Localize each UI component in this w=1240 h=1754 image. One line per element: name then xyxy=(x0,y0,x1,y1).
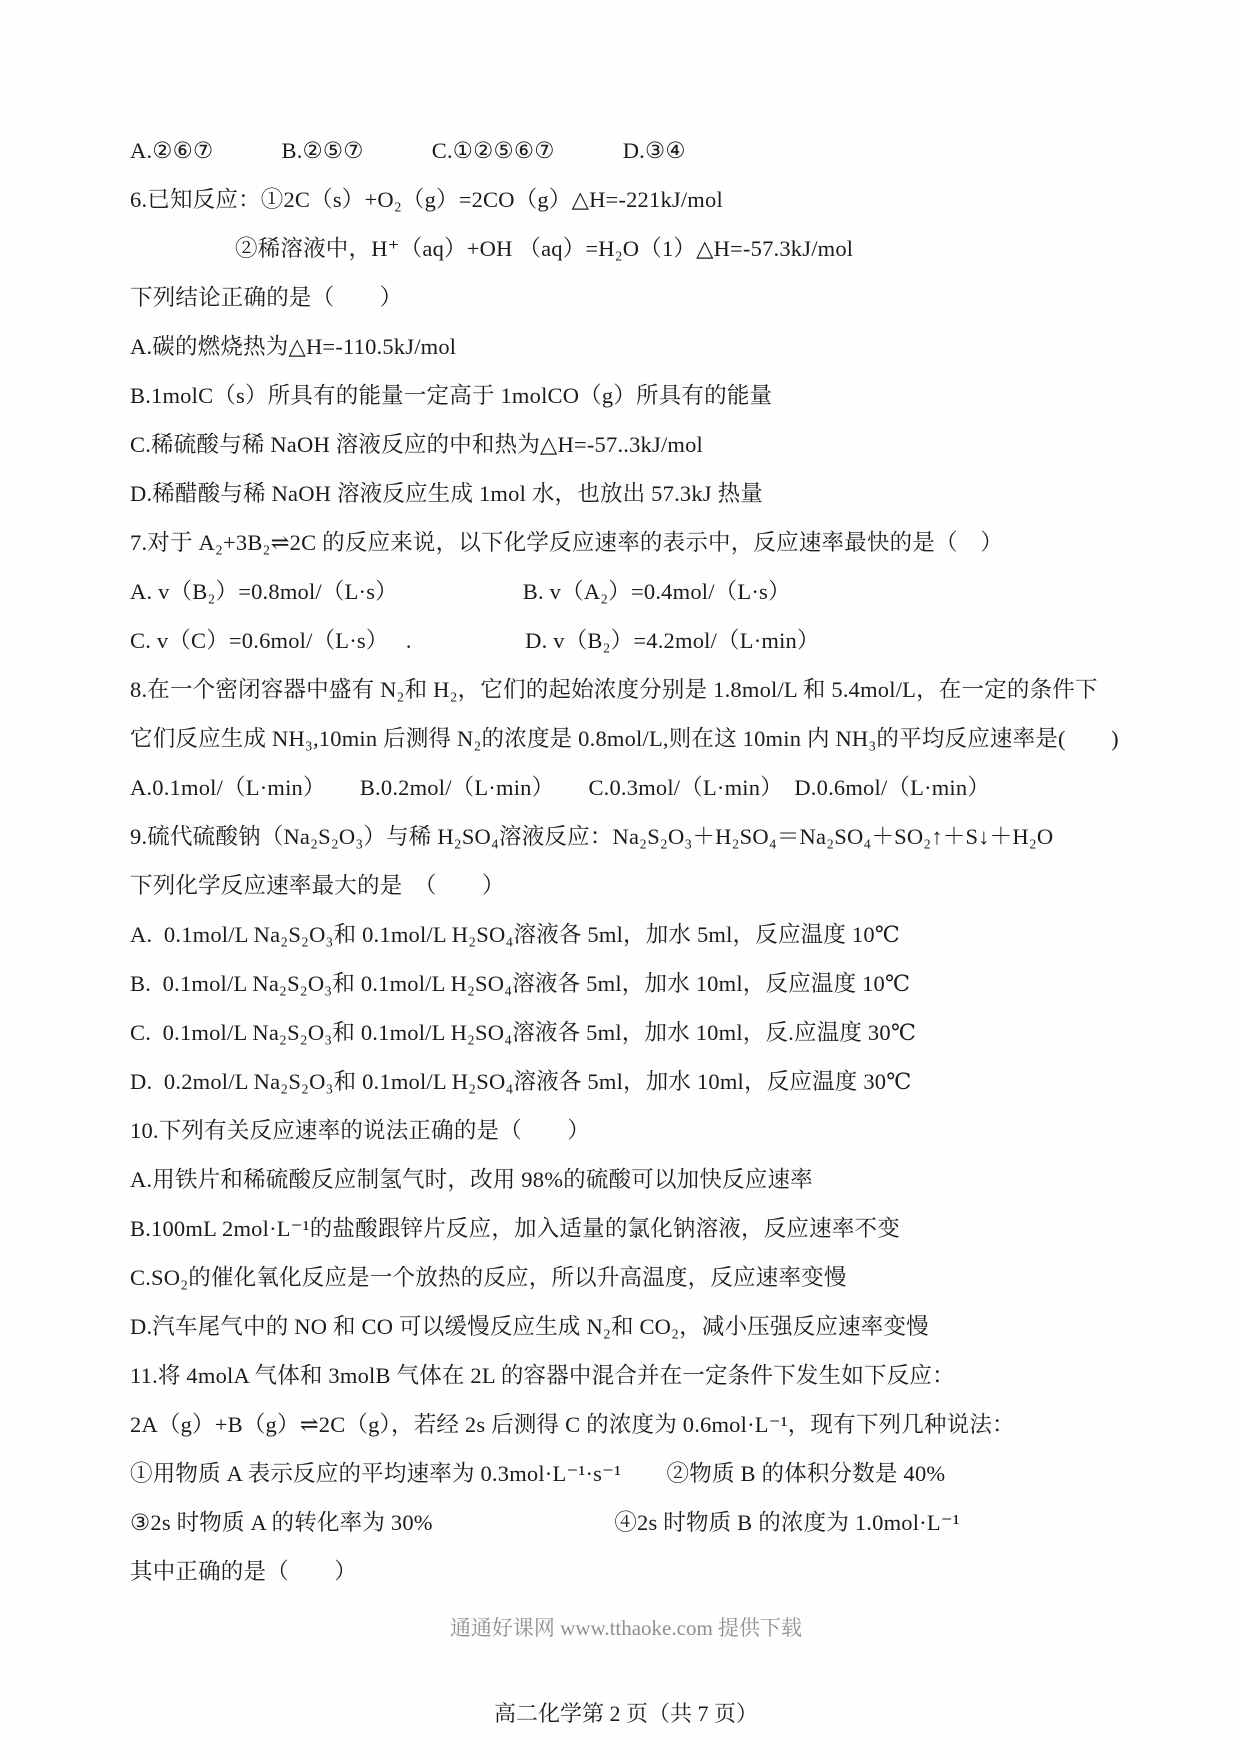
text-line: 2A（g）+B（g）⇌2C（g），若经 2s 后测得 C 的浓度为 0.6mol… xyxy=(130,1410,1122,1440)
text-line: 6.已知反应：①2C（s）+O₂（g）=2CO（g）△H=-221kJ/mol xyxy=(130,185,1122,215)
text-line: A. 0.1mol/L Na₂S₂O₃和 0.1mol/L H₂SO₄溶液各 5… xyxy=(130,920,1122,950)
text-line: B. 0.1mol/L Na₂S₂O₃和 0.1mol/L H₂SO₄溶液各 5… xyxy=(130,969,1122,999)
text-line: ②稀溶液中，H⁺（aq）+OH （aq）=H₂O（1）△H=-57.3kJ/mo… xyxy=(130,234,1122,264)
text-line: 8.在一个密闭容器中盛有 N₂和 H₂，它们的起始浓度分别是 1.8mol/L … xyxy=(130,675,1122,705)
text-line: C. v（C）=0.6mol/（L·s） . D. v（B₂）=4.2mol/（… xyxy=(130,626,1122,656)
text-line: C.SO₂的催化氧化反应是一个放热的反应，所以升高温度，反应速率变慢 xyxy=(130,1263,1122,1293)
text-line: 下列结论正确的是（ ） xyxy=(130,283,1122,313)
text-line: C. 0.1mol/L Na₂S₂O₃和 0.1mol/L H₂SO₄溶液各 5… xyxy=(130,1018,1122,1048)
text-line: 它们反应生成 NH₃,10min 后测得 N₂的浓度是 0.8mol/L,则在这… xyxy=(130,724,1122,754)
text-line: D. 0.2mol/L Na₂S₂O₃和 0.1mol/L H₂SO₄溶液各 5… xyxy=(130,1067,1122,1097)
document-body: A.②⑥⑦ B.②⑤⑦ C.①②⑤⑥⑦ D.③④6.已知反应：①2C（s）+O₂… xyxy=(130,136,1122,1587)
exam-page: A.②⑥⑦ B.②⑤⑦ C.①②⑤⑥⑦ D.③④6.已知反应：①2C（s）+O₂… xyxy=(0,0,1240,1754)
text-line: D.稀醋酸与稀 NaOH 溶液反应生成 1mol 水，也放出 57.3kJ 热量 xyxy=(130,479,1122,509)
text-line: D.汽车尾气中的 NO 和 CO 可以缓慢反应生成 N₂和 CO₂，减小压强反应… xyxy=(130,1312,1122,1342)
text-line: 下列化学反应速率最大的是 （ ） xyxy=(130,871,1122,901)
text-line: B.1molC（s）所具有的能量一定高于 1molCO（g）所具有的能量 xyxy=(130,381,1122,411)
text-line: C.稀硫酸与稀 NaOH 溶液反应的中和热为△H=-57..3kJ/mol xyxy=(130,430,1122,460)
page-footer: 高二化学第 2 页（共 7 页） xyxy=(130,1699,1122,1729)
text-line: 9.硫代硫酸钠（Na₂S₂O₃）与稀 H₂SO₄溶液反应：Na₂S₂O₃＋H₂S… xyxy=(130,822,1122,852)
text-line: 7.对于 A₂+3B₂⇌2C 的反应来说，以下化学反应速率的表示中，反应速率最快… xyxy=(130,528,1122,558)
text-line: A.②⑥⑦ B.②⑤⑦ C.①②⑤⑥⑦ D.③④ xyxy=(130,136,1122,166)
text-line: A.0.1mol/（L·min） B.0.2mol/（L·min） C.0.3m… xyxy=(130,773,1122,803)
text-line: B.100mL 2mol·L⁻¹的盐酸跟锌片反应，加入适量的氯化钠溶液，反应速率… xyxy=(130,1214,1122,1244)
text-line: 11.将 4molA 气体和 3molB 气体在 2L 的容器中混合并在一定条件… xyxy=(130,1361,1122,1391)
text-line: A.用铁片和稀硫酸反应制氢气时，改用 98%的硫酸可以加快反应速率 xyxy=(130,1165,1122,1195)
text-line: ①用物质 A 表示反应的平均速率为 0.3mol·L⁻¹·s⁻¹ ②物质 B 的… xyxy=(130,1459,1122,1489)
text-line: 其中正确的是（ ） xyxy=(130,1557,1122,1587)
text-line: ③2s 时物质 A 的转化率为 30% ④2s 时物质 B 的浓度为 1.0mo… xyxy=(130,1508,1122,1538)
text-line: 10.下列有关反应速率的说法正确的是（ ） xyxy=(130,1116,1122,1146)
text-line: A.碳的燃烧热为△H=-110.5kJ/mol xyxy=(130,332,1122,362)
text-line: A. v（B₂）=0.8mol/（L·s） B. v（A₂）=0.4mol/（L… xyxy=(130,577,1122,607)
watermark-text: 通通好课网 www.tthaoke.com 提供下载 xyxy=(130,1613,1122,1643)
